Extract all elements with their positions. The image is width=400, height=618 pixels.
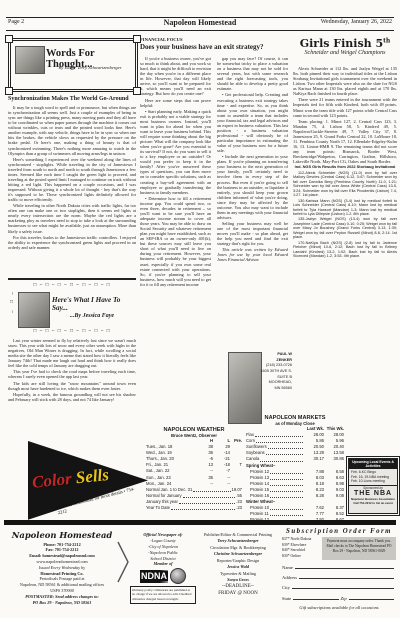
form-field-address: Address [282, 575, 396, 580]
corner-ornament [5, 87, 13, 95]
issue-date: Wednesday, January 26, 2022 [321, 19, 392, 25]
price-this: 9.08 [324, 493, 344, 499]
deadline-value: FRIDAY @ NOON [200, 591, 276, 598]
hw-body: Last year winter seemed to fly by relati… [8, 338, 136, 436]
events-list: Feb. 6-KC Bingo Feb. 16, 19-NBA meeting … [349, 469, 397, 485]
paper-name: Napoleon Homestead [100, 18, 300, 27]
staff-name: Jessica Wald [200, 564, 276, 570]
financial-paragraph: gap you may face? Of course, it can be s… [217, 56, 288, 91]
dot-leader [193, 491, 230, 492]
field-line [295, 568, 394, 569]
subscription-top: $37* North Dakota $39* Elsewhere $40* Sn… [282, 537, 396, 560]
girls-paragraph: Alexis Schneider at 112 lbs. and Jazlyn … [293, 66, 397, 96]
hw-paragraph: The kids are still loving the "snow moun… [8, 381, 136, 391]
hw-byline: ...By Jessica Faye [52, 313, 132, 319]
financial-paragraph: • Include the next generation in your pl… [217, 154, 288, 220]
masthead-staff-block: Publisher/Editor & Commercial Printing T… [200, 532, 276, 598]
hw-paragraph: This year I've had to check the road map… [8, 369, 136, 379]
hw-border-bottom: □ ~ □ ~ □ ~ □ ~ □ ~ □ ~ □ [8, 329, 136, 334]
field-line [349, 599, 394, 600]
member-logos: NDNA [130, 568, 196, 584]
sync-article-body: It may be a tough word to spell and or p… [8, 105, 136, 273]
dot-leader [270, 485, 303, 486]
weather-summary-row: Year To Date.23 [146, 505, 242, 511]
price-last: 30.17 [304, 456, 324, 462]
girls-title-sup: th [383, 37, 390, 44]
weather-low: -- [213, 481, 230, 487]
events-call: Call 754-2212 to list an event [349, 501, 397, 505]
hw-border-side: ~ □ ~ [9, 292, 14, 315]
header-rule-bottom [6, 30, 394, 31]
girls-result: 130-Karissa Mann (NGS) (3-4) lost by med… [293, 199, 397, 217]
sync-paragraph: It may be a tough word to spell and or p… [8, 105, 136, 156]
corner-ornament [5, 35, 13, 43]
sync-article-title: Synchronization Makes The World Go-Aroun… [8, 96, 136, 102]
dot-leader [270, 509, 303, 510]
financial-col1: If you're a business owner, you've got s… [140, 56, 211, 348]
financial-col2: gap you may face? Of course, it can be s… [217, 56, 288, 346]
page-number: Page 2 [8, 19, 24, 25]
ndna-logo: NDNA [140, 570, 168, 583]
dot-leader [270, 479, 303, 480]
girls-paragraph: There were 21 teams entered in the tourn… [293, 97, 397, 117]
editor-photo [15, 46, 45, 74]
weather-summary-value: .23 [236, 505, 242, 511]
hw-paragraph: Hopefully, in a week, the famous groundh… [8, 392, 136, 402]
dot-leader [183, 497, 236, 498]
deadline-label: --DEADLINE-- [200, 584, 276, 591]
press-seal-logo [170, 568, 186, 584]
girls-body: Alexis Schneider at 112 lbs. and Jazlyn … [293, 66, 397, 428]
weather-summary-label: Year To Date [146, 505, 170, 511]
financial-paragraph: • Determine how to fill a retirement inc… [140, 196, 211, 287]
staff-name: Sonya Gross [200, 577, 276, 583]
form-field-city: City [282, 585, 396, 590]
dot-leader [255, 436, 303, 437]
girls-title: Girls Finish 5th [293, 37, 397, 50]
masthead-postmaster: PO Box 29 - Napoleon, ND 58561 [6, 600, 118, 606]
dot-leader [171, 509, 235, 510]
dot-leader [256, 442, 303, 443]
field-label: Name [282, 565, 293, 570]
hw-title: Here's What I Have To Say... [52, 296, 136, 313]
sync-paragraph: While traveling in other North Dakota ci… [8, 203, 136, 233]
financial-paragraph: Selling your business may well be one of… [217, 221, 288, 246]
dot-leader [266, 454, 303, 455]
financial-title: Does your business have an exit strategy… [140, 43, 290, 51]
financial-kicker: FINANCIAL FOCUS [140, 37, 288, 42]
girls-result: 135-Jazlyn Weigel (NGS) (13-4) won by fa… [293, 217, 397, 239]
subscription-form: Subscription Order Form $37* North Dakot… [282, 528, 396, 610]
payment-note-box: Payment must accompany order. Thank you.… [322, 537, 396, 560]
subscription-footer: Gift subscriptions available for all occ… [282, 605, 396, 610]
ndna-logo-text: NDNA [140, 571, 168, 581]
financial-paragraph: If you're a business owner, you've got s… [140, 56, 211, 97]
advisor-contact: PAUL W ZENKER (218) 233-0726 1605 30TH A… [258, 352, 292, 392]
section-divider-bar [4, 520, 396, 525]
words-for-thought-box: Words For Thought... By Editor Terry Sch… [8, 38, 138, 92]
field-line [292, 588, 394, 589]
events-sponsor: Sponsored by THE NBA Napoleon Business A… [349, 485, 397, 505]
financial-paragraph: • Start planning early. Making a quick e… [140, 109, 211, 195]
girls-subtitle: Schneider and Weigel Champions [293, 50, 397, 57]
girls-title-text: Girls Finish 5 [300, 37, 383, 50]
staff-role: Circulation Mgr. & Bookkeeping [200, 545, 276, 551]
field-line [299, 578, 394, 579]
events-box: Upcoming Local Events & Activities Feb. … [348, 458, 398, 514]
rate-item: $30* Online [282, 554, 322, 560]
dot-leader [270, 515, 303, 516]
weather-high: -- [198, 481, 213, 487]
girls-result: 112-Alexis Schneider (NGS) (11-0) won by… [293, 171, 397, 198]
field-label: Address [282, 575, 297, 580]
advisor-address: MN 56560 [258, 386, 292, 392]
financial-paragraph: Here are some steps that can prove helpf… [140, 98, 211, 108]
advisor-photo [228, 352, 262, 424]
member-of-label: Member of [130, 561, 196, 567]
events-org: THE NBA [349, 490, 397, 497]
form-field-state-zip: State Zip [282, 596, 396, 601]
sync-paragraph: Here's something I experienced over the … [8, 157, 136, 203]
subscription-rates: $37* North Dakota $39* Elsewhere $40* Sn… [282, 537, 322, 560]
columnist-photo [18, 292, 50, 328]
event-item: Feb. 10-Lions meeting [351, 479, 395, 484]
financial-paragraph: • Get professional help. Creating and ex… [217, 92, 288, 153]
sync-paragraph: For this traveler, kudos to the Jamestow… [8, 235, 136, 250]
field-label: Zip [341, 596, 347, 601]
dot-leader [260, 461, 303, 462]
girls-results-heading: Ind. NGS Girls Results from 2022 Storbau… [293, 165, 397, 170]
masthead-paper-title: Napoleon Homestead [6, 530, 118, 542]
price-last: 8.28 [304, 493, 324, 499]
chevron-ornament [116, 540, 130, 584]
dot-leader [268, 448, 303, 449]
price-this: 30.86 [324, 456, 344, 462]
column-divider [8, 278, 136, 280]
obituary-policy-box: Obituary policy: Obituaries are publishe… [130, 586, 196, 604]
field-label: City [282, 585, 290, 590]
newspaper-page: Page 2 Napoleon Homestead Wednesday, Jan… [0, 0, 400, 618]
dot-leader [270, 473, 303, 474]
girls-paragraph: Team placing: 1. Minot 127, 2. Central C… [293, 119, 397, 165]
subscription-title: Subscription Order Form [282, 528, 396, 535]
events-title: Upcoming Local Events & Activities [349, 459, 397, 469]
markets-table: NAPOLEON MARKETS as of Monday Close Last… [246, 415, 344, 524]
masthead-paper-block: Napoleon Homestead Phone: 701-754-2212 F… [6, 530, 118, 605]
color-sells-ad: Color Sells Call The Homestead for more … [28, 441, 148, 523]
staff-name: Terry Schwartzenberger [200, 538, 276, 544]
hw-paragraph: Last year winter seemed to fly by relati… [8, 338, 136, 368]
dot-leader [270, 497, 303, 498]
financial-credit: This article was written by Edward Jones… [217, 247, 288, 262]
words-for-thought-byline: By Editor Terry Schwartzenberger [45, 65, 135, 70]
ad-word-color: Color [31, 469, 72, 492]
dot-leader [270, 491, 303, 492]
weather-table: NAPOLEON WEATHER Bruce Wentz, Observer H… [146, 427, 242, 511]
staff-name: Christine Schwartzenberger [200, 551, 276, 557]
hw-border-top: □ ~ □ ~ □ ~ □ ~ □ ~ □ ~ □ [8, 283, 136, 288]
dot-leader [179, 503, 235, 504]
masthead-official-block: Official Newspaper of: -Logan County -Ci… [130, 532, 196, 604]
form-field-name: Name [282, 565, 396, 570]
girls-result: 170-NaKiya Bach (NGS) (2-8) lost by fall… [293, 241, 397, 259]
staff-role: Publisher/Editor & Commercial Printing [200, 532, 276, 538]
field-line [293, 599, 338, 600]
advisor-address: 1605 30TH AVE S. [258, 369, 292, 375]
field-label: State [282, 596, 291, 601]
ad-word-sells: Sells [75, 465, 110, 487]
